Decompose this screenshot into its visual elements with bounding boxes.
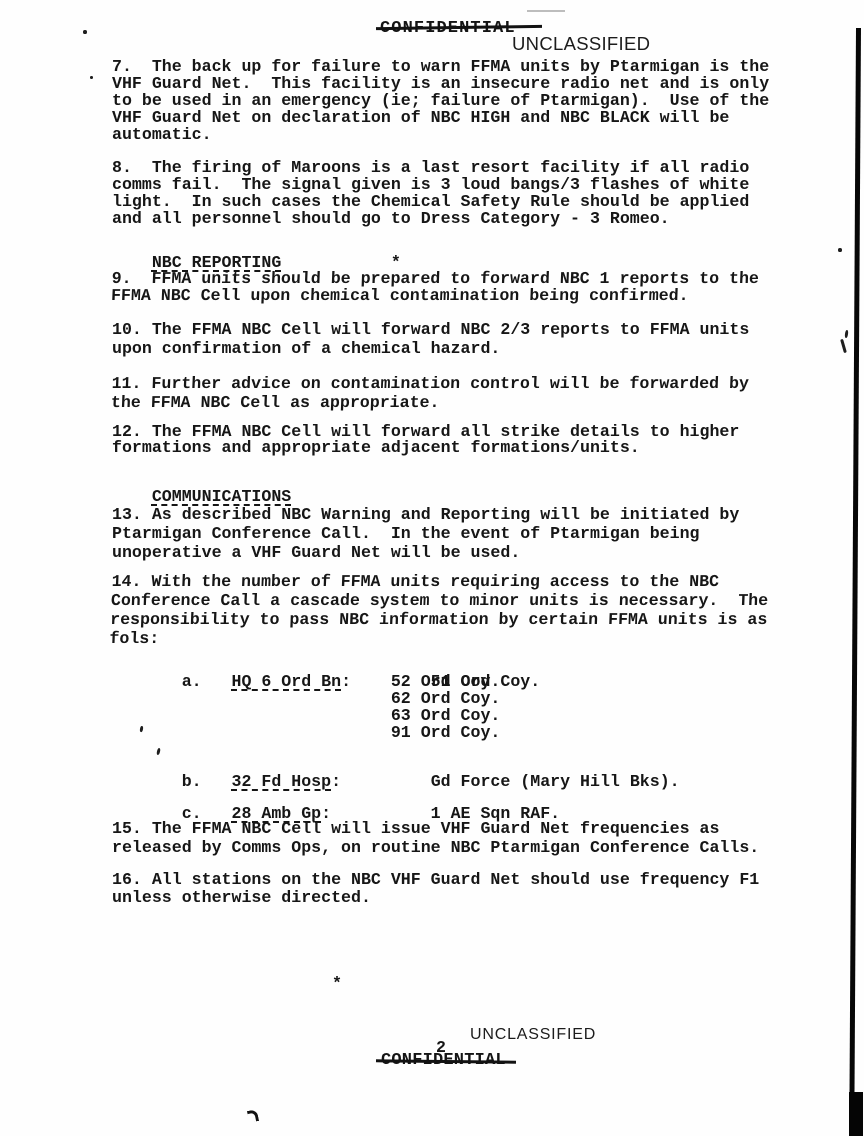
scan-speck [840,339,847,353]
paragraph-8: 8. The firing of Maroons is a last resor… [112,159,749,227]
paragraph-12: 12. The FFMA NBC Cell will forward all s… [112,424,739,456]
paragraph-9: 9. FFMA units should be prepared to forw… [111,270,760,304]
paragraph-14: 14. With the number of FFMA units requir… [109,572,769,648]
paragraph-13: 13. As described NBC Warning and Reporti… [112,505,739,562]
scan-speck [90,76,93,79]
unclassified-stamp-top: UNCLASSIFIED [512,33,650,55]
scan-speck [247,1109,259,1123]
unclassified-stamp-bottom: UNCLASSIFIED [470,1026,596,1044]
scan-speck [156,748,161,756]
paragraph-15: 15. The FFMA NBC Cell will issue VHF Gua… [112,819,759,857]
scan-speck [83,30,87,34]
mid-page-asterisk: * [332,974,342,993]
cascade-list-row-a-continued: 52 Ord Coy. 62 Ord Coy. 63 Ord Coy. 91 O… [112,673,500,741]
paragraph-10: 10. The FFMA NBC Cell will forward NBC 2… [112,320,749,358]
paragraph-11: 11. Further advice on contamination cont… [111,374,750,412]
scanned-document-page: CONFIDENTIAL UNCLASSIFIED 7. The back up… [0,0,864,1136]
scan-artifact-faint-line [527,10,565,12]
scan-edge-blob-artifact [849,1092,863,1136]
paragraph-16: 16. All stations on the NBC VHF Guard Ne… [112,871,759,907]
communications-heading-text: COMMUNICATIONS [152,487,291,506]
scan-speck [838,248,842,252]
scan-speck [844,330,848,338]
paragraph-7: 7. The back up for failure to warn FFMA … [112,58,769,143]
scan-edge-artifact [849,28,861,1132]
